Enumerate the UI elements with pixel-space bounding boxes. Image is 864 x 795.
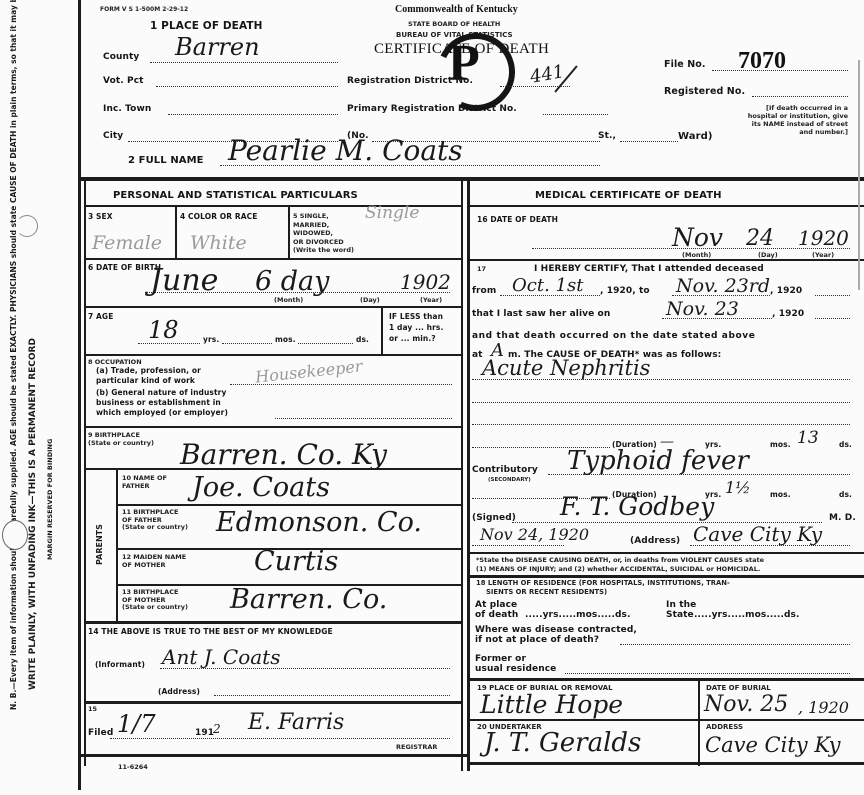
age-label: 7 AGE: [88, 312, 113, 321]
cert-address-value[interactable]: Cave City Ky: [693, 522, 822, 546]
informant-address-label: (Address): [158, 687, 200, 696]
registered-no-label: Registered No.: [664, 86, 745, 97]
residence-line: 18 LENGTH OF RESIDENCE (FOR HOSPITALS, I…: [476, 579, 730, 588]
und-address-label: ADDRESS: [706, 723, 743, 731]
full-name-value[interactable]: Pearlie M. Coats: [228, 134, 463, 167]
signed-label: (Signed): [472, 513, 516, 523]
mos-label: mos.: [275, 335, 296, 344]
mother-value[interactable]: Curtis: [254, 546, 338, 577]
race-value[interactable]: White: [190, 232, 247, 254]
occ-line: business or establishment in: [96, 398, 228, 408]
dob-month[interactable]: June: [150, 263, 218, 298]
ward-label: Ward): [678, 131, 713, 142]
from-value[interactable]: Oct. 1st: [512, 275, 583, 296]
marital-line: OR DIVORCED: [293, 238, 354, 247]
at-place-line: of death: [475, 610, 518, 620]
vot-pct-label: Vot. Pct: [103, 76, 144, 86]
rule: [84, 468, 461, 470]
marital-line: 5 SINGLE,: [293, 212, 354, 221]
signed-value[interactable]: F. T. Godbey: [560, 492, 714, 521]
former-residence-label: Former or usual residence: [475, 654, 556, 674]
und-address-value[interactable]: Cave City Ky: [705, 733, 841, 757]
md-label: M. D.: [829, 513, 856, 523]
dod-month[interactable]: Nov: [672, 223, 723, 252]
item-15: 15: [88, 705, 97, 713]
where-line: if not at place of death?: [475, 635, 637, 645]
where-line: Where was disease contracted,: [475, 625, 637, 635]
punch-hole-mark: [16, 215, 38, 237]
occ-line: (b) General nature of industry: [96, 388, 228, 398]
birthplace-label: 9 BIRTHPLACE: [88, 431, 140, 439]
marital-value[interactable]: Single: [365, 203, 419, 223]
rule: [84, 426, 461, 428]
mid-col-border: [461, 181, 463, 771]
dob-year[interactable]: 1902: [400, 270, 451, 294]
board: STATE BOARD OF HEALTH: [408, 20, 500, 28]
st-label: St.,: [598, 131, 616, 141]
day-caption: (Day): [360, 296, 380, 304]
medical-heading: MEDICAL CERTIFICATE OF DEATH: [535, 190, 722, 201]
occ-line: which employed (or employer): [96, 408, 228, 418]
father-value[interactable]: Joe. Coats: [192, 472, 330, 503]
informant-label: (Informant): [95, 660, 145, 669]
contributory-value[interactable]: Typhoid fever: [567, 446, 749, 476]
left-col-border: [84, 181, 86, 766]
in-state-label: In the State: [666, 600, 696, 620]
contributory-label: Contributory: [472, 465, 538, 475]
rule: [381, 308, 383, 354]
header-rule: [80, 177, 864, 181]
occ-a-label: (a) Trade, profession, or particular kin…: [96, 366, 201, 386]
filed-year-suffix[interactable]: 2: [213, 722, 221, 736]
dod-label: 16 DATE OF DEATH: [477, 215, 558, 224]
parents-label: PARENTS: [95, 524, 104, 565]
informant-value[interactable]: Ant J. Coats: [162, 645, 280, 669]
cause-value[interactable]: Acute Nephritis: [482, 356, 650, 380]
dod-year-caption: (Year): [812, 251, 834, 259]
ds-label: ds.: [356, 335, 369, 344]
father-bp-label: 11 BIRTHPLACE OF FATHER (State or countr…: [122, 509, 188, 532]
mid-col-border-2: [467, 181, 470, 771]
duration1-ds[interactable]: 13: [797, 428, 819, 448]
rule: [470, 762, 864, 765]
residence-line: SIENTS OR RECENT RESIDENTS): [476, 588, 730, 597]
rule: [470, 205, 864, 207]
rule: [84, 701, 461, 704]
mother-bp-label: 13 BIRTHPLACE OF MOTHER (State or countr…: [122, 589, 188, 612]
rule: [84, 621, 461, 624]
dod-day-caption: (Day): [758, 251, 778, 259]
punch-hole: [2, 520, 28, 550]
burial-value[interactable]: Little Hope: [480, 690, 623, 719]
where-contracted-label: Where was disease contracted, if not at …: [475, 625, 637, 645]
rule: [116, 470, 118, 622]
rule: [84, 354, 461, 356]
mother-label: 12 MAIDEN NAME OF MOTHER: [122, 553, 186, 569]
item-17: 17: [477, 265, 486, 273]
burial-date-value[interactable]: Nov. 25: [704, 692, 788, 717]
marital-line: MARRIED,: [293, 221, 354, 230]
margin-binding: MARGIN RESERVED FOR BINDING: [46, 439, 54, 560]
filed-value[interactable]: 1/7: [117, 710, 156, 738]
county-label: County: [103, 52, 139, 62]
rule: [470, 259, 864, 261]
form-code: FORM V S 1-500M 2-29-12: [100, 6, 188, 13]
dod-day[interactable]: 24: [746, 226, 774, 251]
burial-date-label: DATE OF BURIAL: [706, 684, 771, 692]
registrar-value[interactable]: E. Farris: [248, 710, 344, 735]
margin-note-instructions: N. B.—Every item of information should b…: [9, 20, 18, 710]
at-label: at: [472, 350, 483, 360]
occ-b-label: (b) General nature of industry business …: [96, 388, 228, 418]
cert-address-label: (Address): [630, 536, 680, 546]
rule: [470, 575, 864, 578]
footnote-line: (1) MEANS OF INJURY; and (2) whether ACC…: [476, 565, 764, 574]
less-line: or ... min.?: [389, 333, 443, 344]
in-state-line: In the: [666, 600, 696, 610]
at-place-label: At place of death: [475, 600, 518, 620]
registrar-label: REGISTRAR: [396, 743, 437, 751]
mother-bp-value[interactable]: Barren. Co.: [230, 584, 387, 615]
filed-year-prefix: 191: [195, 728, 214, 738]
occ-a-value[interactable]: Housekeeper: [254, 356, 363, 386]
marital-line: WIDOWED,: [293, 229, 354, 238]
file-no-label: File No.: [664, 59, 706, 70]
rule: [470, 719, 864, 721]
dob-day[interactable]: 6 day: [255, 266, 329, 297]
at-place-line: At place: [475, 600, 518, 610]
sex-label: 3 SEX: [88, 212, 113, 221]
mos-label-1: mos.: [770, 440, 791, 449]
duration2-mos[interactable]: 1½: [725, 478, 751, 497]
fbp-line: (State or country): [122, 524, 188, 532]
month-caption: (Month): [274, 296, 303, 304]
less-than-label: IF LESS than 1 day ... hrs. or ... min.?: [389, 311, 443, 344]
to-year: , 1920: [770, 286, 802, 296]
sex-value[interactable]: Female: [92, 232, 162, 254]
mother-line: 12 MAIDEN NAME: [122, 553, 186, 561]
to-value[interactable]: Nov. 23rd: [676, 275, 770, 297]
full-name-label: 2 FULL NAME: [128, 155, 204, 166]
signed-date[interactable]: Nov 24, 1920: [480, 525, 589, 544]
birthplace-value[interactable]: Barren. Co. Ky: [180, 438, 387, 471]
father-line: 10 NAME OF: [122, 474, 167, 482]
secondary-label: (SECONDARY): [488, 477, 531, 483]
occurred-text: and that death occurred on the date stat…: [472, 331, 755, 341]
ds-label-1: ds.: [839, 440, 852, 449]
footnote: *State the DISEASE CAUSING DEATH, or, in…: [476, 556, 764, 574]
marital-label: 5 SINGLE, MARRIED, WIDOWED, OR DIVORCED …: [293, 212, 354, 255]
rule: [470, 678, 864, 681]
yrs-label: yrs.: [203, 335, 219, 344]
county-value[interactable]: Barren: [175, 33, 260, 61]
issuer: Commonwealth of Kentucky: [395, 4, 518, 15]
print-code: 11-6264: [118, 763, 148, 771]
footnote-line: *State the DISEASE CAUSING DEATH, or, in…: [476, 556, 764, 565]
rule: [288, 207, 290, 258]
inc-town-label: Inc. Town: [103, 104, 151, 114]
rule: [470, 552, 864, 554]
burial-year[interactable]: , 1920: [798, 698, 849, 717]
mbp-line: (State or country): [122, 604, 188, 612]
less-line: IF LESS than: [389, 311, 443, 322]
reg-district-label: Registration District No.: [347, 76, 473, 86]
occupation-label: 8 OCCUPATION: [88, 358, 142, 366]
from-label: from: [472, 286, 496, 296]
hospital-note: [If death occurred in a hospital or inst…: [738, 104, 848, 136]
father-bp-value[interactable]: Edmonson. Co.: [216, 507, 422, 538]
occ-line: particular kind of work: [96, 376, 201, 386]
dod-month-caption: (Month): [682, 251, 711, 259]
year-caption: (Year): [420, 296, 442, 304]
from-year: , 1920, to: [600, 286, 650, 296]
rule: [84, 306, 461, 308]
mos-label-2: mos.: [770, 490, 791, 499]
less-line: 1 day ... hrs.: [389, 322, 443, 333]
birthplace-sub: (State or country): [88, 439, 154, 447]
last-saw-value[interactable]: Nov. 23: [666, 298, 739, 320]
residence-label: 18 LENGTH OF RESIDENCE (FOR HOSPITALS, I…: [476, 579, 730, 597]
marital-line: (Write the word): [293, 246, 354, 255]
at-place-units: .....yrs.....mos.....ds.: [525, 610, 630, 620]
city-label: City: [103, 131, 123, 141]
father-line: FATHER: [122, 482, 167, 490]
personal-heading: PERSONAL AND STATISTICAL PARTICULARS: [113, 190, 358, 201]
rule: [175, 207, 177, 258]
certify-text: I HEREBY CERTIFY, That I attended deceas…: [534, 264, 764, 274]
right-edge: [858, 60, 860, 290]
filed-label: Filed: [88, 728, 113, 738]
former-line: Former or: [475, 654, 556, 664]
former-line: usual residence: [475, 664, 556, 674]
primary-reg-label: Primary Registration District No.: [347, 104, 517, 114]
father-label: 10 NAME OF FATHER: [122, 474, 167, 490]
knowledge-label: 14 THE ABOVE IS TRUE TO THE BEST OF MY K…: [88, 627, 333, 636]
left-border: [78, 0, 81, 790]
ds-label-2: ds.: [839, 490, 852, 499]
last-saw-year: , 1920: [772, 309, 804, 319]
dod-year[interactable]: 1920: [798, 226, 849, 250]
race-label: 4 COLOR OR RACE: [180, 212, 257, 221]
margin-write-plainly: WRITE PLAINLY, WITH UNFADING INK—THIS IS…: [28, 338, 38, 690]
occ-line: (a) Trade, profession, or: [96, 366, 201, 376]
rule: [116, 504, 461, 506]
mother-line: OF MOTHER: [122, 561, 186, 569]
bottom-rule: [80, 754, 470, 757]
in-state-units: .....yrs.....mos.....ds.: [694, 610, 799, 620]
last-saw-label: that I last saw her alive on: [472, 309, 610, 319]
rule: [84, 258, 461, 260]
in-state-line: State: [666, 610, 696, 620]
age-years[interactable]: 18: [148, 316, 179, 344]
rule: [698, 681, 700, 766]
undertaker-value[interactable]: J. T. Geralds: [484, 728, 641, 758]
place-of-death-heading: 1 PLACE OF DEATH: [150, 20, 263, 32]
